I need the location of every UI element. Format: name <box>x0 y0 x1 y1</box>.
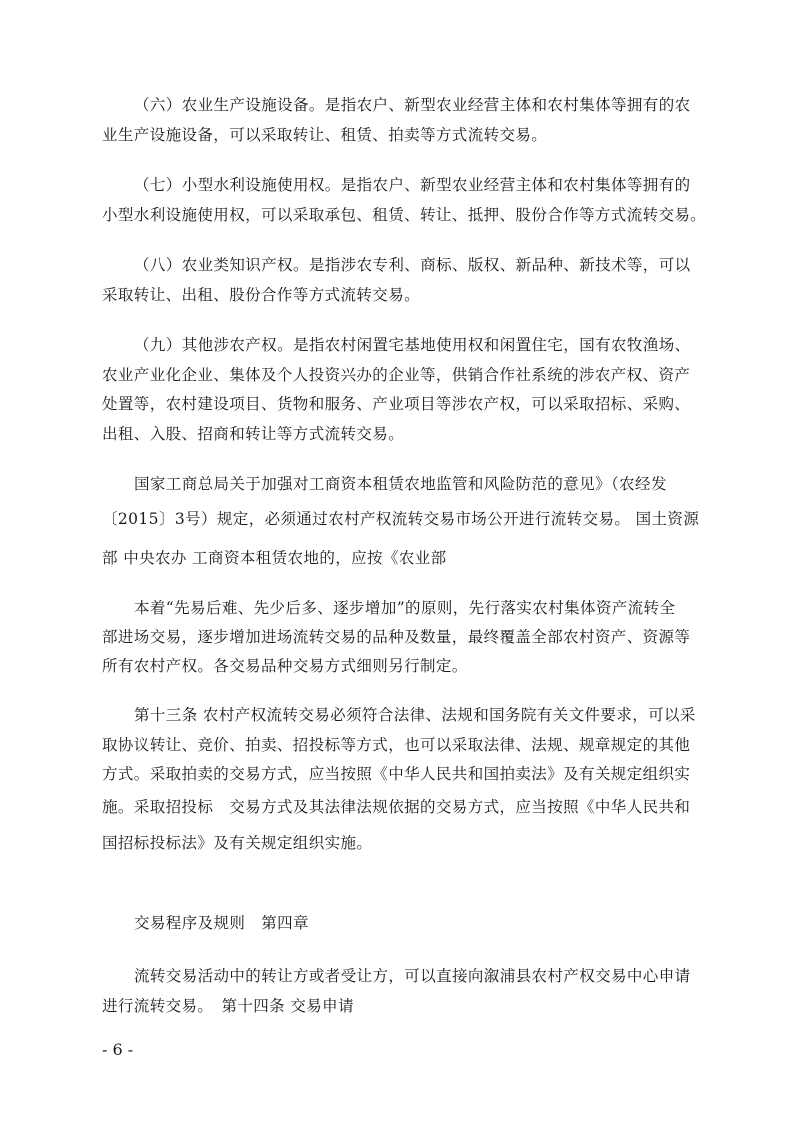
text-line: 国家工商总局关于加强对工商资本租赁农地监管和风险防范的意见》（农经发 <box>134 474 667 494</box>
text-line: 方式。采取拍卖的交易方式，应当按照《中华人民共和国拍卖法》及有关规定组织实 <box>102 764 690 784</box>
text-line: 业生产设施设备，可以采取转让、租赁、拍卖等方式流转交易。 <box>102 125 547 145</box>
text-line: 进行流转交易。 第十四条 交易申请 <box>102 996 354 1016</box>
text-line: 所有农村产权。各交易品种交易方式细则另行制定。 <box>102 656 468 676</box>
text-line: 流转交易活动中的转让方或者受让方，可以直接向溆浦县农村产权交易中心申请 <box>134 966 691 986</box>
text-line: 第十三条 农村产权流转交易必须符合法律、法规和国务院有关文件要求，可以采 <box>134 705 696 725</box>
text-line: 处置等，农村建设项目、货物和服务、产业项目等涉农产权，可以采取招标、采购、 <box>102 394 690 414</box>
text-line: 国招标投标法》及有关规定组织实施。 <box>102 833 372 853</box>
text-line: 部进场交易，逐步增加进场流转交易的品种及数量，最终覆盖全部农村资产、资源等 <box>102 627 690 647</box>
text-line: 〔2015〕3号）规定，必须通过农村产权流转交易市场公开进行流转交易。 国土资源 <box>102 509 699 529</box>
text-line: 施。采取招投标 交易方式及其法律法规依据的交易方式，应当按照《中华人民共和 <box>102 797 690 817</box>
text-line: （八）农业类知识产权。是指涉农专利、商标、版权、新品种、新技术等，可以 <box>134 255 691 275</box>
text-line: （六）农业生产设施设备。是指农户、新型农业经营主体和农村集体等拥有的农 <box>134 95 691 115</box>
text-line: 出租、入股、招商和转让等方式流转交易。 <box>102 424 404 444</box>
text-line: 部 中央农办 工商资本租赁农地的，应按《农业部 <box>102 548 447 568</box>
text-line: （九）其他涉农产权。是指农村闲置宅基地使用权和闲置住宅，国有农牧渔场、 <box>134 335 691 355</box>
text-line: 取协议转让、竞价、拍卖、招投标等方式，也可以采取法律、法规、规章规定的其他 <box>102 735 690 755</box>
text-line: （七）小型水利设施使用权。是指农户、新型农业经营主体和农村集体等拥有的 <box>134 175 691 195</box>
text-line: 本着“先易后难、先少后多、逐步增加”的原则，先行落实农村集体资产流转全 <box>134 598 675 618</box>
text-line: 农业产业化企业、集体及个人投资兴办的企业等，供销合作社系统的涉农产权、资产 <box>102 365 690 385</box>
page-number: - 6 - <box>102 1040 133 1059</box>
chapter-heading: 交易程序及规则 第四章 <box>134 913 309 933</box>
text-line: 小型水利设施使用权，可以采取承包、租赁、转让、抵押、股份合作等方式流转交易。 <box>102 205 706 225</box>
text-line: 采取转让、出租、股份合作等方式流转交易。 <box>102 285 420 305</box>
